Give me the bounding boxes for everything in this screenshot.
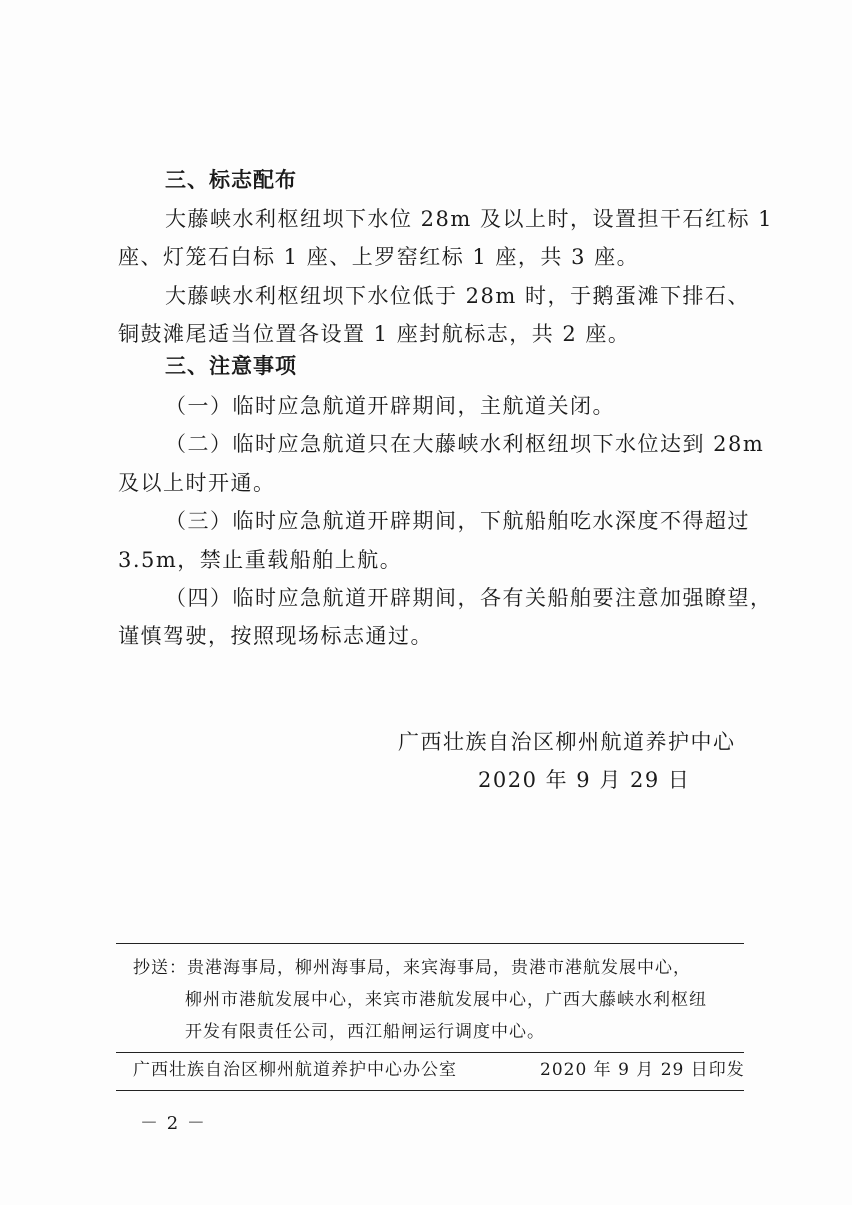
note-item-3: （三）临时应急航道开辟期间，下航船舶吃水深度不得超过 [165,507,750,535]
cc-line: 开发有限责任公司，西江船闸运行调度中心。 [185,1020,545,1044]
note-item-2: （二）临时应急航道只在大藤峡水利枢纽坝下水位达到 28m [165,430,764,458]
note-item-3-cont: 3.5m，禁止重载船舶上航。 [118,546,402,574]
footer-issued-date: 2020 年 9 月 29 日印发 [540,1058,745,1082]
paragraph-line: 座、灯笼石白标 1 座、上罗窑红标 1 座，共 3 座。 [118,243,639,271]
note-item-4-cont: 谨慎驾驶，按照现场标志通过。 [118,622,433,650]
signature-date: 2020 年 9 月 29 日 [478,766,690,794]
section-heading-notes: 三、注意事项 [165,352,297,380]
paragraph-line: 大藤峡水利枢纽坝下水位 28m 及以上时，设置担干石红标 1 [165,205,773,233]
page-number: － 2 － [140,1110,206,1138]
divider [116,943,744,944]
paragraph-line: 大藤峡水利枢纽坝下水位低于 28m 时，于鹅蛋滩下排石、 [165,282,750,310]
paragraph-line: 铜鼓滩尾适当位置各设置 1 座封航标志，共 2 座。 [118,320,630,348]
note-item-1: （一）临时应急航道开辟期间，主航道关闭。 [165,392,615,420]
divider [116,1052,744,1053]
footer-issuer: 广西壮族自治区柳州航道养护中心办公室 [133,1058,457,1082]
divider [116,1090,744,1091]
cc-line: 柳州市港航发展中心，来宾市港航发展中心，广西大藤峡水利枢纽 [185,988,707,1012]
cc-line: 抄送：贵港海事局，柳州海事局，来宾海事局，贵港市港航发展中心， [133,956,691,980]
signature-org: 广西壮族自治区柳州航道养护中心 [398,728,736,756]
note-item-2-cont: 及以上时开通。 [118,469,276,497]
section-heading-sign-layout: 三、标志配布 [165,166,297,194]
note-item-4: （四）临时应急航道开辟期间，各有关船舶要注意加强瞭望， [165,584,773,612]
